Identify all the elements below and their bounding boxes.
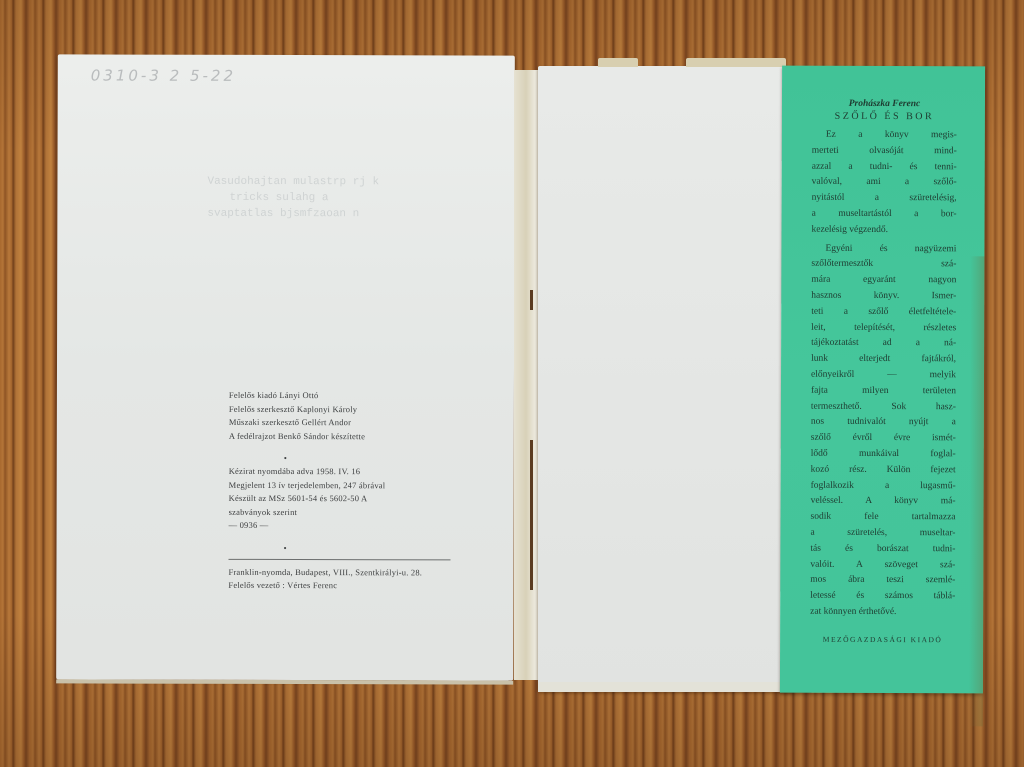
blurb-line: sodik fele tartalmazza: [810, 510, 955, 526]
blurb-line: Egyéni és nagyüzemi: [811, 241, 956, 257]
printer-line: Franklin-nyomda, Budapest, VIII., Szentk…: [228, 565, 468, 579]
blurb-line: mos ábra teszi szemlé-: [810, 573, 955, 589]
book-title: SZŐLŐ ÉS BOR: [812, 111, 957, 123]
book-author: Prohászka Ferenc: [812, 99, 957, 110]
blurb-line: termeszthető. Sok hasz-: [811, 399, 956, 415]
credit-line: Felelős kiadó Lányi Ottó: [229, 389, 469, 403]
blurb-line: veléssel. A könyv má-: [811, 494, 956, 510]
spine-tear: [530, 290, 533, 310]
blurb-line: kezelésig végzendő.: [811, 223, 956, 239]
blurb-line: valóval, ami a szőlő-: [812, 175, 957, 191]
printer-line: Felelős vezető : Vértes Ferenc: [228, 579, 468, 593]
blurb-line: fajta milyen területen: [811, 384, 956, 400]
blurb-line: tájékoztatást ad a ná-: [811, 336, 956, 352]
blurb-line: lunk elterjedt fajtákról,: [811, 352, 956, 368]
page-edge: [538, 682, 788, 692]
separator-dot: •: [229, 451, 524, 466]
blurb-line: merteti olvasóját mind-: [812, 144, 957, 160]
back-inner-page: 0310-3 2 5-22 Vasudohajtan mulastrp rj k…: [56, 54, 515, 680]
credit-line: A fedélrajzot Benkő Sándor készítette: [229, 429, 469, 443]
blurb-line: kozó rész. Külön fejezet: [811, 462, 956, 478]
production-line: Megjelent 13 ív terjedelemben, 247 ábráv…: [229, 478, 469, 492]
credit-line: Műszaki szerkesztő Gellért Andor: [229, 416, 469, 430]
bleed-through-line: tricks sulahg a: [229, 191, 328, 206]
blurb-line: tás és borászat tudni-: [810, 541, 955, 557]
blurb-line: a museltartástól a bor-: [812, 207, 957, 223]
blurb-line: nos tudnivalót nyújt a: [811, 415, 956, 431]
blurb-line: azzal a tudni- és tenni-: [812, 159, 957, 175]
credit-line: Felelős szerkesztő Kaplonyi Károly: [229, 402, 469, 416]
blurb-line: szőlőtermesztők szá-: [811, 257, 956, 273]
flap-blurb: Prohászka Ferenc SZŐLŐ ÉS BOR Ez a könyv…: [810, 99, 957, 644]
blurb-line: nyitástól a szüretelésig,: [812, 191, 957, 207]
blurb-paragraph: Egyéni és nagyüzemi szőlőtermesztők szá-…: [810, 241, 956, 621]
bleed-through-line: Vasudohajtan mulastrp rj k: [207, 175, 379, 190]
blurb-line: foglalkozik a lugasmű-: [811, 478, 956, 494]
spine-tear: [530, 440, 533, 590]
separator-dot: •: [229, 540, 524, 555]
blurb-line: teti a szőlő életfeltétele-: [811, 305, 956, 321]
publisher-name: MEZŐGAZDASÁGI KIADÓ: [810, 634, 955, 644]
blurb-line: mára egyaránt nagyon: [811, 273, 956, 289]
production-line: Készült az MSz 5601-54 és 5602-50 A: [229, 492, 469, 506]
back-cover-inner: [538, 66, 793, 691]
blurb-paragraph: Ez a könyv megis- merteti olvasóját mind…: [811, 128, 956, 239]
bleed-through-line: svaptatlas bjsmfzaoan n: [207, 207, 359, 222]
paper-tab: [686, 58, 786, 67]
blurb-line: a szüretelés, museltar-: [810, 526, 955, 542]
blurb-line: lődő munkáival foglal-: [811, 447, 956, 463]
blurb-line: előnyeikről — melyik: [811, 368, 956, 384]
blurb-line: zat könnyen érthetővé.: [810, 605, 955, 621]
pencil-annotation: 0310-3 2 5-22: [91, 66, 236, 84]
blurb-line: leit, telepítését, részletes: [811, 320, 956, 336]
blurb-line: letessé és számos táblá-: [810, 589, 955, 605]
jacket-flap: Prohászka Ferenc SZŐLŐ ÉS BOR Ez a könyv…: [780, 66, 985, 694]
blurb-line: Ez a könyv megis-: [812, 128, 957, 144]
production-line: Kézirat nyomdába adva 1958. IV. 16: [229, 465, 469, 479]
divider-rule: [228, 558, 450, 560]
blurb-line: hasznos könyv. Ismer-: [811, 289, 956, 305]
paper-tab: [598, 58, 638, 67]
blurb-line: szőlő évről évre ismét-: [811, 431, 956, 447]
worn-edge: [969, 256, 985, 726]
colophon-imprint: Felelős kiadó Lányi Ottó Felelős szerkes…: [228, 389, 469, 593]
blurb-line: valóit. A szöveget szá-: [810, 557, 955, 573]
production-line: — 0936 —: [229, 519, 469, 533]
production-line: szabványok szerint: [229, 505, 469, 519]
